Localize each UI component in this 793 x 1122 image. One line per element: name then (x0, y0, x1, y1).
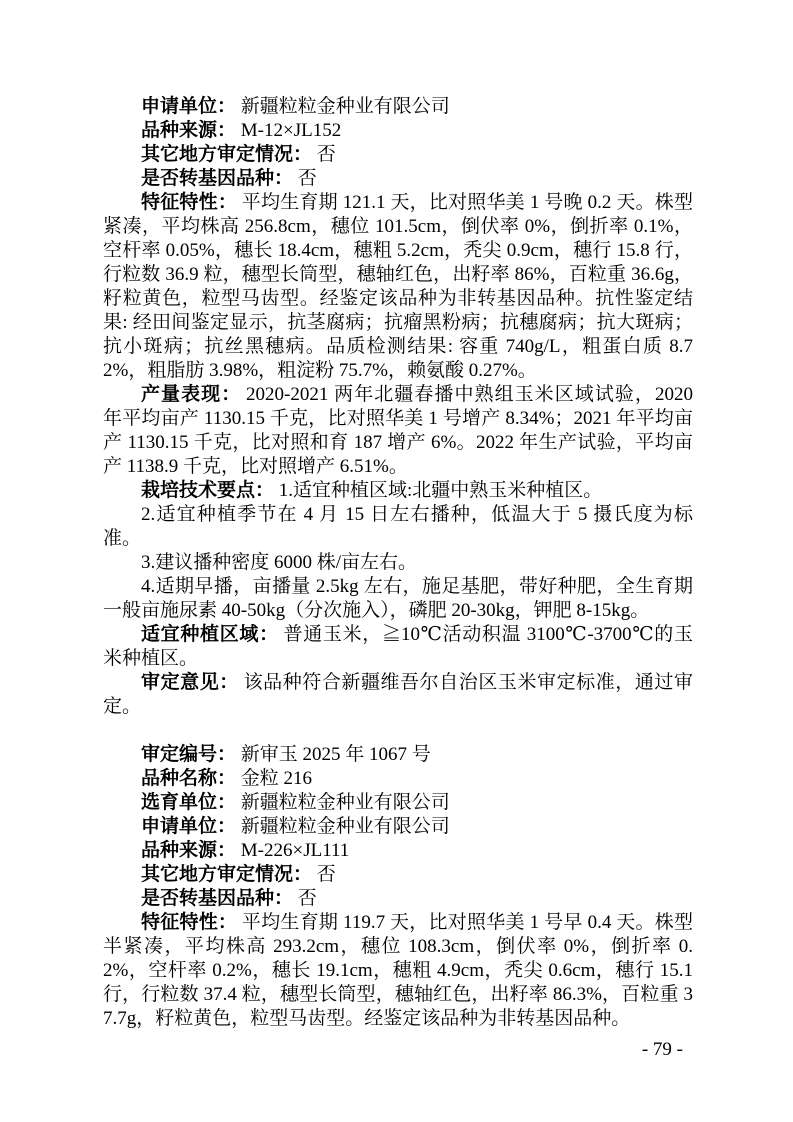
field-row-gmo-status: 是否转基因品种：否 (103, 167, 693, 191)
paragraph-label: 产量表现： (141, 384, 241, 405)
paragraph-text: 3.建议播种密度 6000 株/亩左右。 (141, 552, 417, 573)
cultivation-item-2: 2.适宜种植季节在 4 月 15 日左右播种，低温大于 5 摄氏度为标准。 (103, 503, 693, 551)
paragraph-label: 栽培技术要点： (141, 480, 274, 501)
field-row-variety-source: 品种来源：M-226×JL111 (103, 839, 693, 863)
paragraph-label: 审定意见： (141, 672, 239, 693)
paragraph-label: 适宜种植区域： (141, 624, 279, 645)
field-label: 品种名称： (141, 768, 236, 789)
characteristics-paragraph: 特征特性：平均生育期 119.7 天，比对照华美 1 号早 0.4 天。株型半紧… (103, 911, 693, 1031)
section-separator (103, 719, 693, 743)
field-row-applicant-unit: 申请单位：新疆粒粒金种业有限公司 (103, 95, 693, 119)
field-value: 金粒 216 (241, 768, 312, 789)
field-label: 其它地方审定情况： (141, 864, 312, 885)
field-value: 否 (298, 888, 317, 909)
cultivation-item-4: 4.适期早播，亩播量 2.5kg 左右，施足基肥，带好种肥，全生育期一般亩施尿素… (103, 575, 693, 623)
field-row-breeding-unit: 选育单位：新疆粒粒金种业有限公司 (103, 791, 693, 815)
field-label: 选育单位： (141, 792, 236, 813)
paragraph-label: 特征特性： (141, 912, 237, 933)
field-label: 品种来源： (141, 840, 236, 861)
paragraph-label: 特征特性： (141, 192, 237, 213)
paragraph-text: 平均生育期 121.1 天，比对照华美 1 号晚 0.2 天。株型紧凑，平均株高… (103, 192, 693, 381)
page-number: - 79 - (0, 1038, 683, 1062)
paragraph-text: 1.适宜种植区域:北疆中熟玉米种植区。 (279, 480, 603, 501)
field-value: M-12×JL152 (241, 120, 341, 141)
paragraph-text: 4.适期早播，亩播量 2.5kg 左右，施足基肥，带好种肥，全生育期一般亩施尿素… (103, 576, 693, 621)
page-content: 申请单位：新疆粒粒金种业有限公司 品种来源：M-12×JL152 其它地方审定情… (103, 95, 693, 1031)
cultivation-item-3: 3.建议播种密度 6000 株/亩左右。 (103, 551, 693, 575)
field-value: M-226×JL111 (241, 840, 350, 861)
field-value: 新疆粒粒金种业有限公司 (241, 96, 450, 117)
approval-opinion-paragraph: 审定意见：该品种符合新疆维吾尔自治区玉米审定标准，通过审定。 (103, 671, 693, 719)
paragraph-text: 2.适宜种植季节在 4 月 15 日左右播种，低温大于 5 摄氏度为标准。 (103, 504, 693, 549)
yield-performance-paragraph: 产量表现：2020-2021 两年北疆春播中熟组玉米区域试验，2020 年平均亩… (103, 383, 693, 479)
field-value: 新审玉 2025 年 1067 号 (241, 744, 431, 765)
field-value: 否 (317, 864, 336, 885)
cultivation-points-paragraph: 栽培技术要点：1.适宜种植区域:北疆中熟玉米种植区。 (103, 479, 693, 503)
field-row-variety-source: 品种来源：M-12×JL152 (103, 119, 693, 143)
field-label: 品种来源： (141, 120, 236, 141)
field-label: 申请单位： (141, 96, 236, 117)
field-value: 否 (298, 168, 317, 189)
field-row-other-region-approval: 其它地方审定情况：否 (103, 863, 693, 887)
field-row-other-region-approval: 其它地方审定情况：否 (103, 143, 693, 167)
document-page: 申请单位：新疆粒粒金种业有限公司 品种来源：M-12×JL152 其它地方审定情… (0, 0, 793, 1122)
characteristics-paragraph: 特征特性：平均生育期 121.1 天，比对照华美 1 号晚 0.2 天。株型紧凑… (103, 191, 693, 383)
field-label: 是否转基因品种： (141, 888, 293, 909)
field-label: 审定编号： (141, 744, 236, 765)
field-value: 否 (317, 144, 336, 165)
field-value: 新疆粒粒金种业有限公司 (241, 816, 450, 837)
suitable-region-paragraph: 适宜种植区域：普通玉米，≧10℃活动积温 3100℃-3700℃的玉米种植区。 (103, 623, 693, 671)
field-label: 其它地方审定情况： (141, 144, 312, 165)
field-row-applicant-unit: 申请单位：新疆粒粒金种业有限公司 (103, 815, 693, 839)
field-row-gmo-status: 是否转基因品种：否 (103, 887, 693, 911)
field-label: 是否转基因品种： (141, 168, 293, 189)
field-label: 申请单位： (141, 816, 236, 837)
field-row-variety-name: 品种名称：金粒 216 (103, 767, 693, 791)
field-value: 新疆粒粒金种业有限公司 (241, 792, 450, 813)
field-row-approval-number: 审定编号：新审玉 2025 年 1067 号 (103, 743, 693, 767)
